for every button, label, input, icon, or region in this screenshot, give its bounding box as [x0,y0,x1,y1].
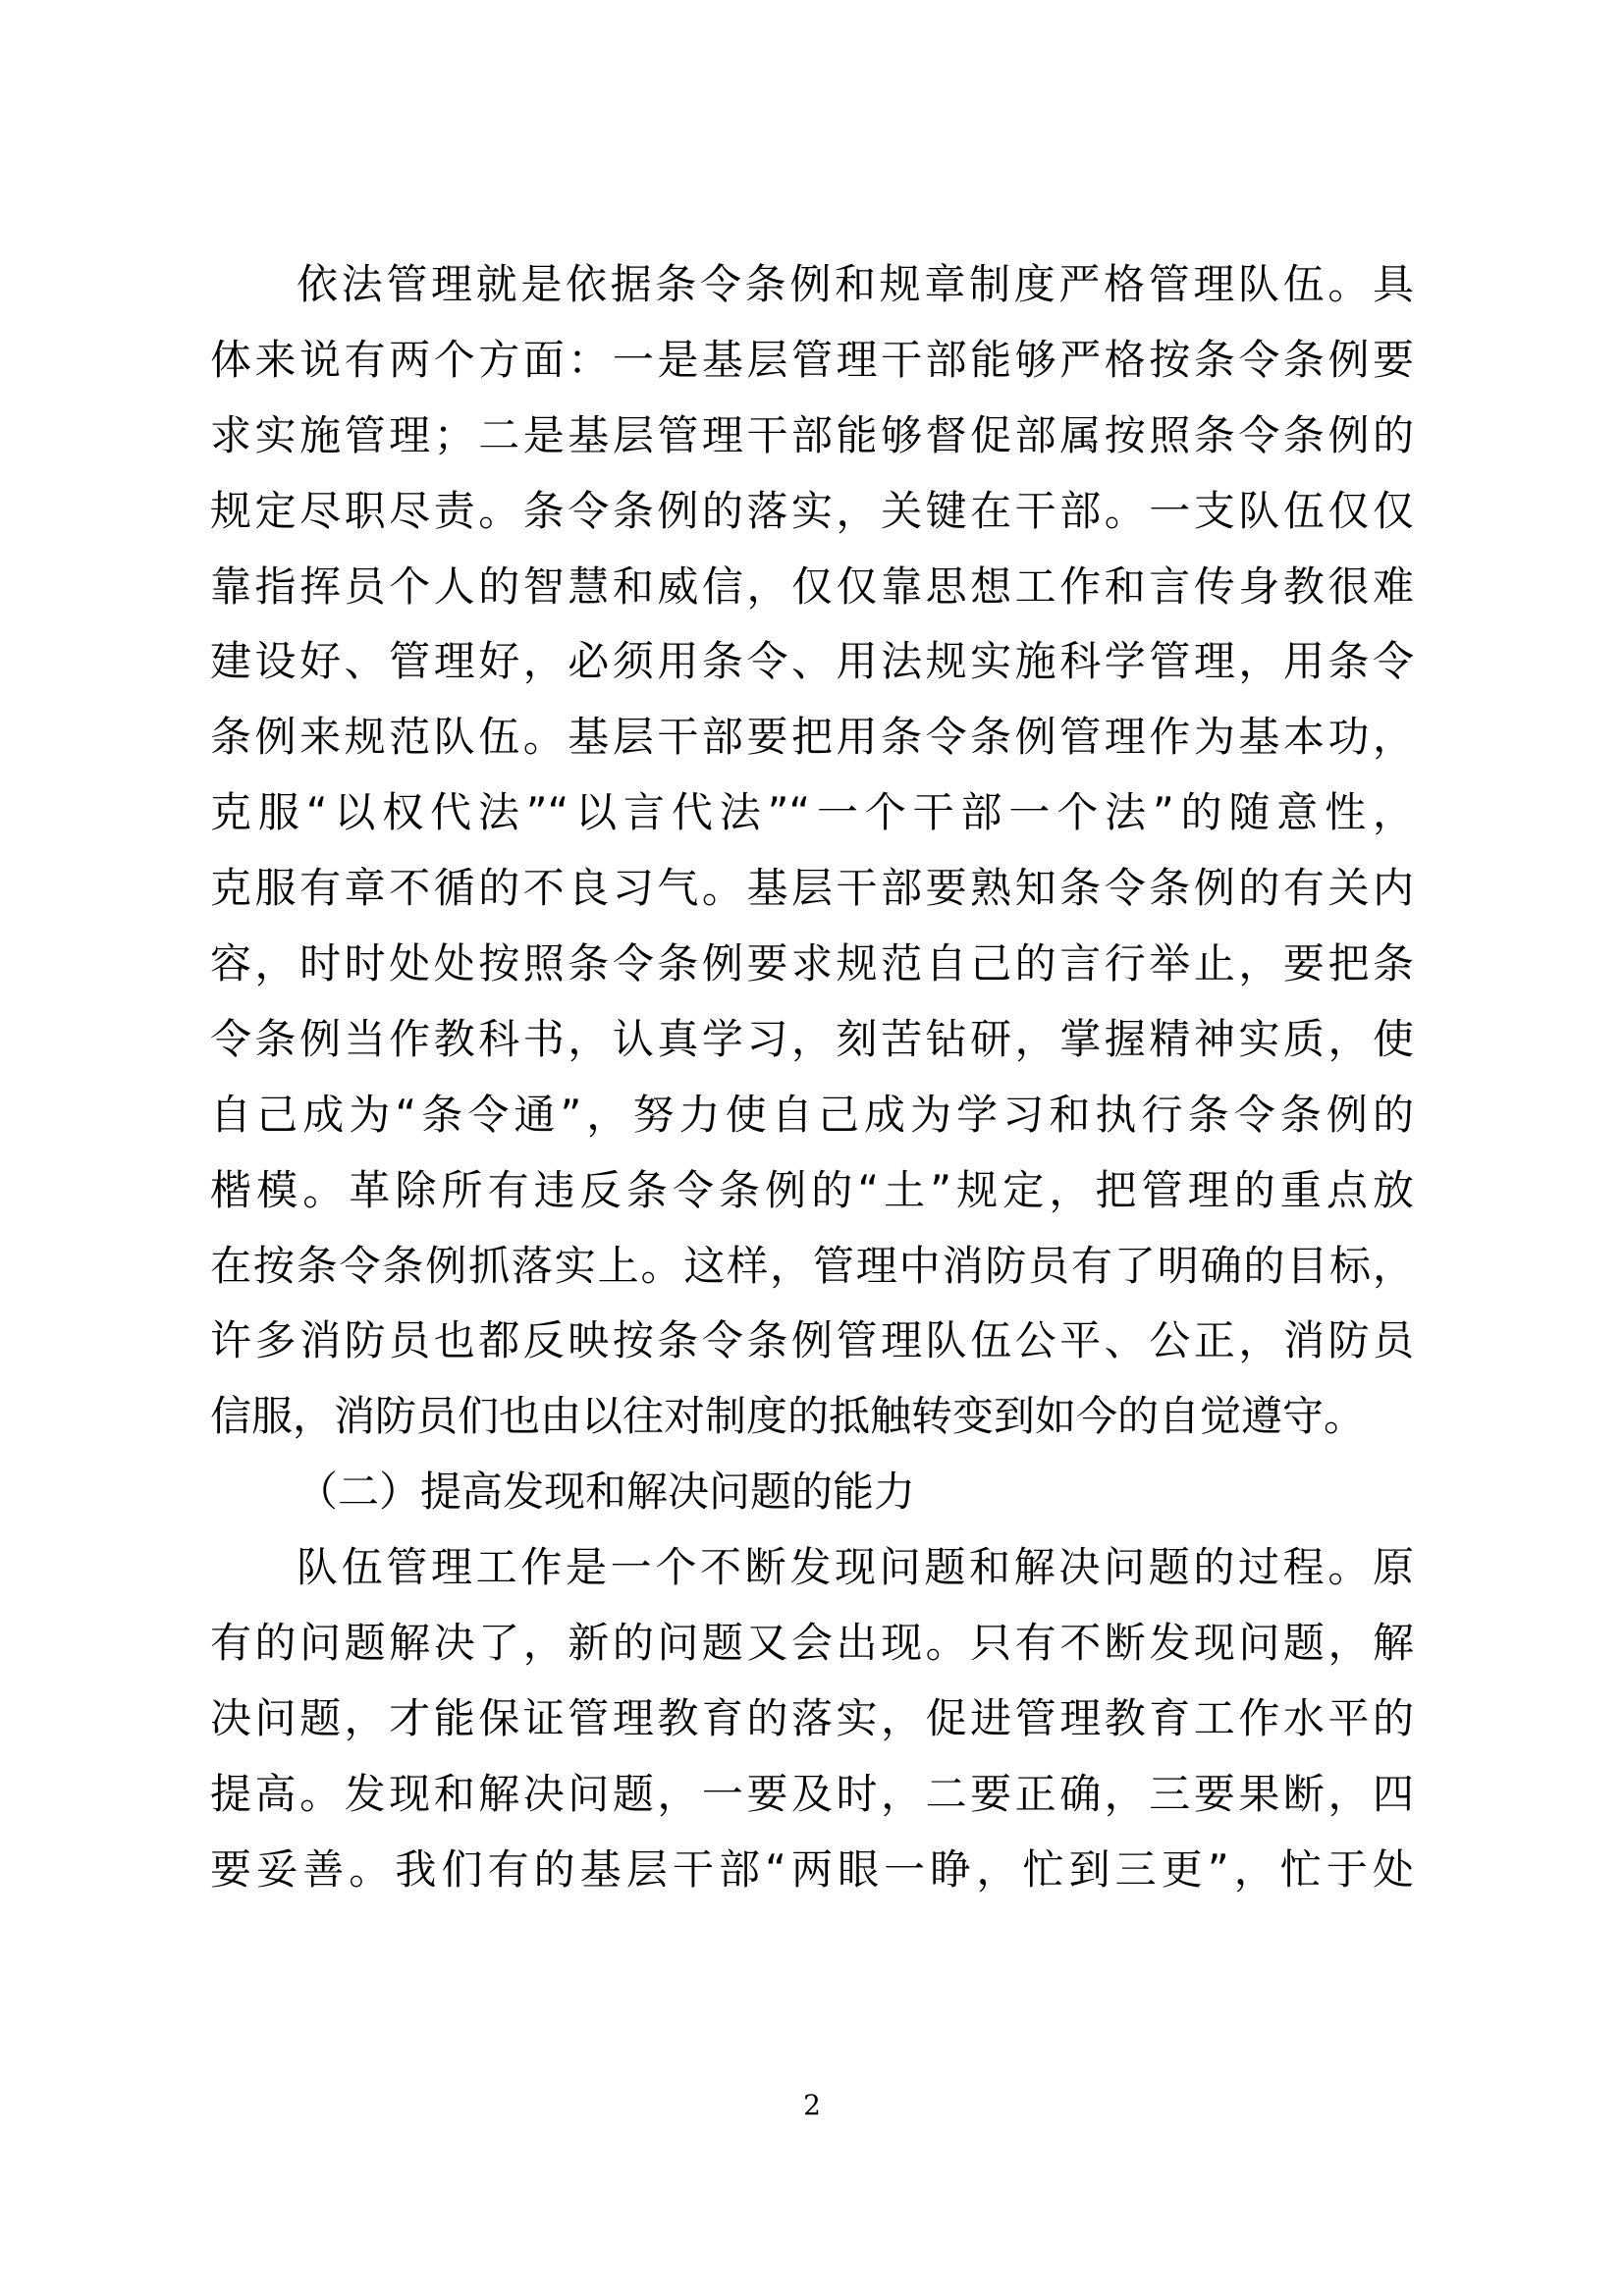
paragraph-1-line-3: 求实施管理；二是基层管理干部能够督促部属按照条令条例的 [210,408,1414,484]
paragraph-1-line-7: 条例来规范队伍。基层干部要把用条令条例管理作为基本功， [210,710,1414,785]
paragraph-1-line-12: 自己成为“条令通”，努力使自己成为学习和执行条令条例的 [210,1088,1414,1163]
paragraph-2-line-1: 队伍管理工作是一个不断发现问题和解决问题的过程。原 [210,1540,1414,1616]
paragraph-1-line-6: 建设好、管理好，必须用条令、用法规实施科学管理，用条令 [210,634,1414,710]
paragraph-1-line-15: 许多消防员也都反映按条令条例管理队伍公平、公正，消防员 [210,1313,1414,1389]
document-body: 依法管理就是依据条令条例和规章制度严格管理队伍。具 体来说有两个方面：一是基层管… [210,257,1414,1918]
paragraph-1-line-13: 楷模。革除所有违反条令条例的“土”规定，把管理的重点放 [210,1163,1414,1239]
paragraph-2-line-4: 提高。发现和解决问题，一要及时，二要正确，三要果断，四 [210,1767,1414,1842]
document-page: 依法管理就是依据条令条例和规章制度严格管理队伍。具 体来说有两个方面：一是基层管… [0,0,1624,2296]
paragraph-1-line-9: 克服有章不循的不良习气。基层干部要熟知条令条例的有关内 [210,861,1414,936]
paragraph-1-line-14: 在按条令条例抓落实上。这样，管理中消防员有了明确的目标， [210,1239,1414,1314]
paragraph-2-line-5: 要妥善。我们有的基层干部“两眼一睁，忙到三更”，忙于处 [210,1842,1414,1918]
paragraph-1-line-4: 规定尽职尽责。条令条例的落实，关键在干部。一支队伍仅仅 [210,484,1414,560]
paragraph-1-line-8: 克服“以权代法”“以言代法”“一个干部一个法”的随意性， [210,785,1414,861]
paragraph-2-line-2: 有的问题解决了，新的问题又会出现。只有不断发现问题，解 [210,1616,1414,1691]
paragraph-1-line-5: 靠指挥员个人的智慧和威信，仅仅靠思想工作和言传身教很难 [210,560,1414,635]
paragraph-1-line-16: 信服，消防员们也由以往对制度的抵触转变到如今的自觉遵守。 [210,1389,1414,1465]
paragraph-2-line-3: 决问题，才能保证管理教育的落实，促进管理教育工作水平的 [210,1691,1414,1767]
paragraph-1-line-10: 容，时时处处按照条令条例要求规范自己的言行举止，要把条 [210,936,1414,1012]
paragraph-1-line-2: 体来说有两个方面：一是基层管理干部能够严格按条令条例要 [210,333,1414,408]
paragraph-1-line-1: 依法管理就是依据条令条例和规章制度严格管理队伍。具 [210,257,1414,333]
page-number: 2 [0,2089,1624,2122]
section-heading: （二）提高发现和解决问题的能力 [210,1465,1414,1540]
paragraph-1-line-11: 令条例当作教科书，认真学习，刻苦钻研，掌握精神实质，使 [210,1012,1414,1088]
